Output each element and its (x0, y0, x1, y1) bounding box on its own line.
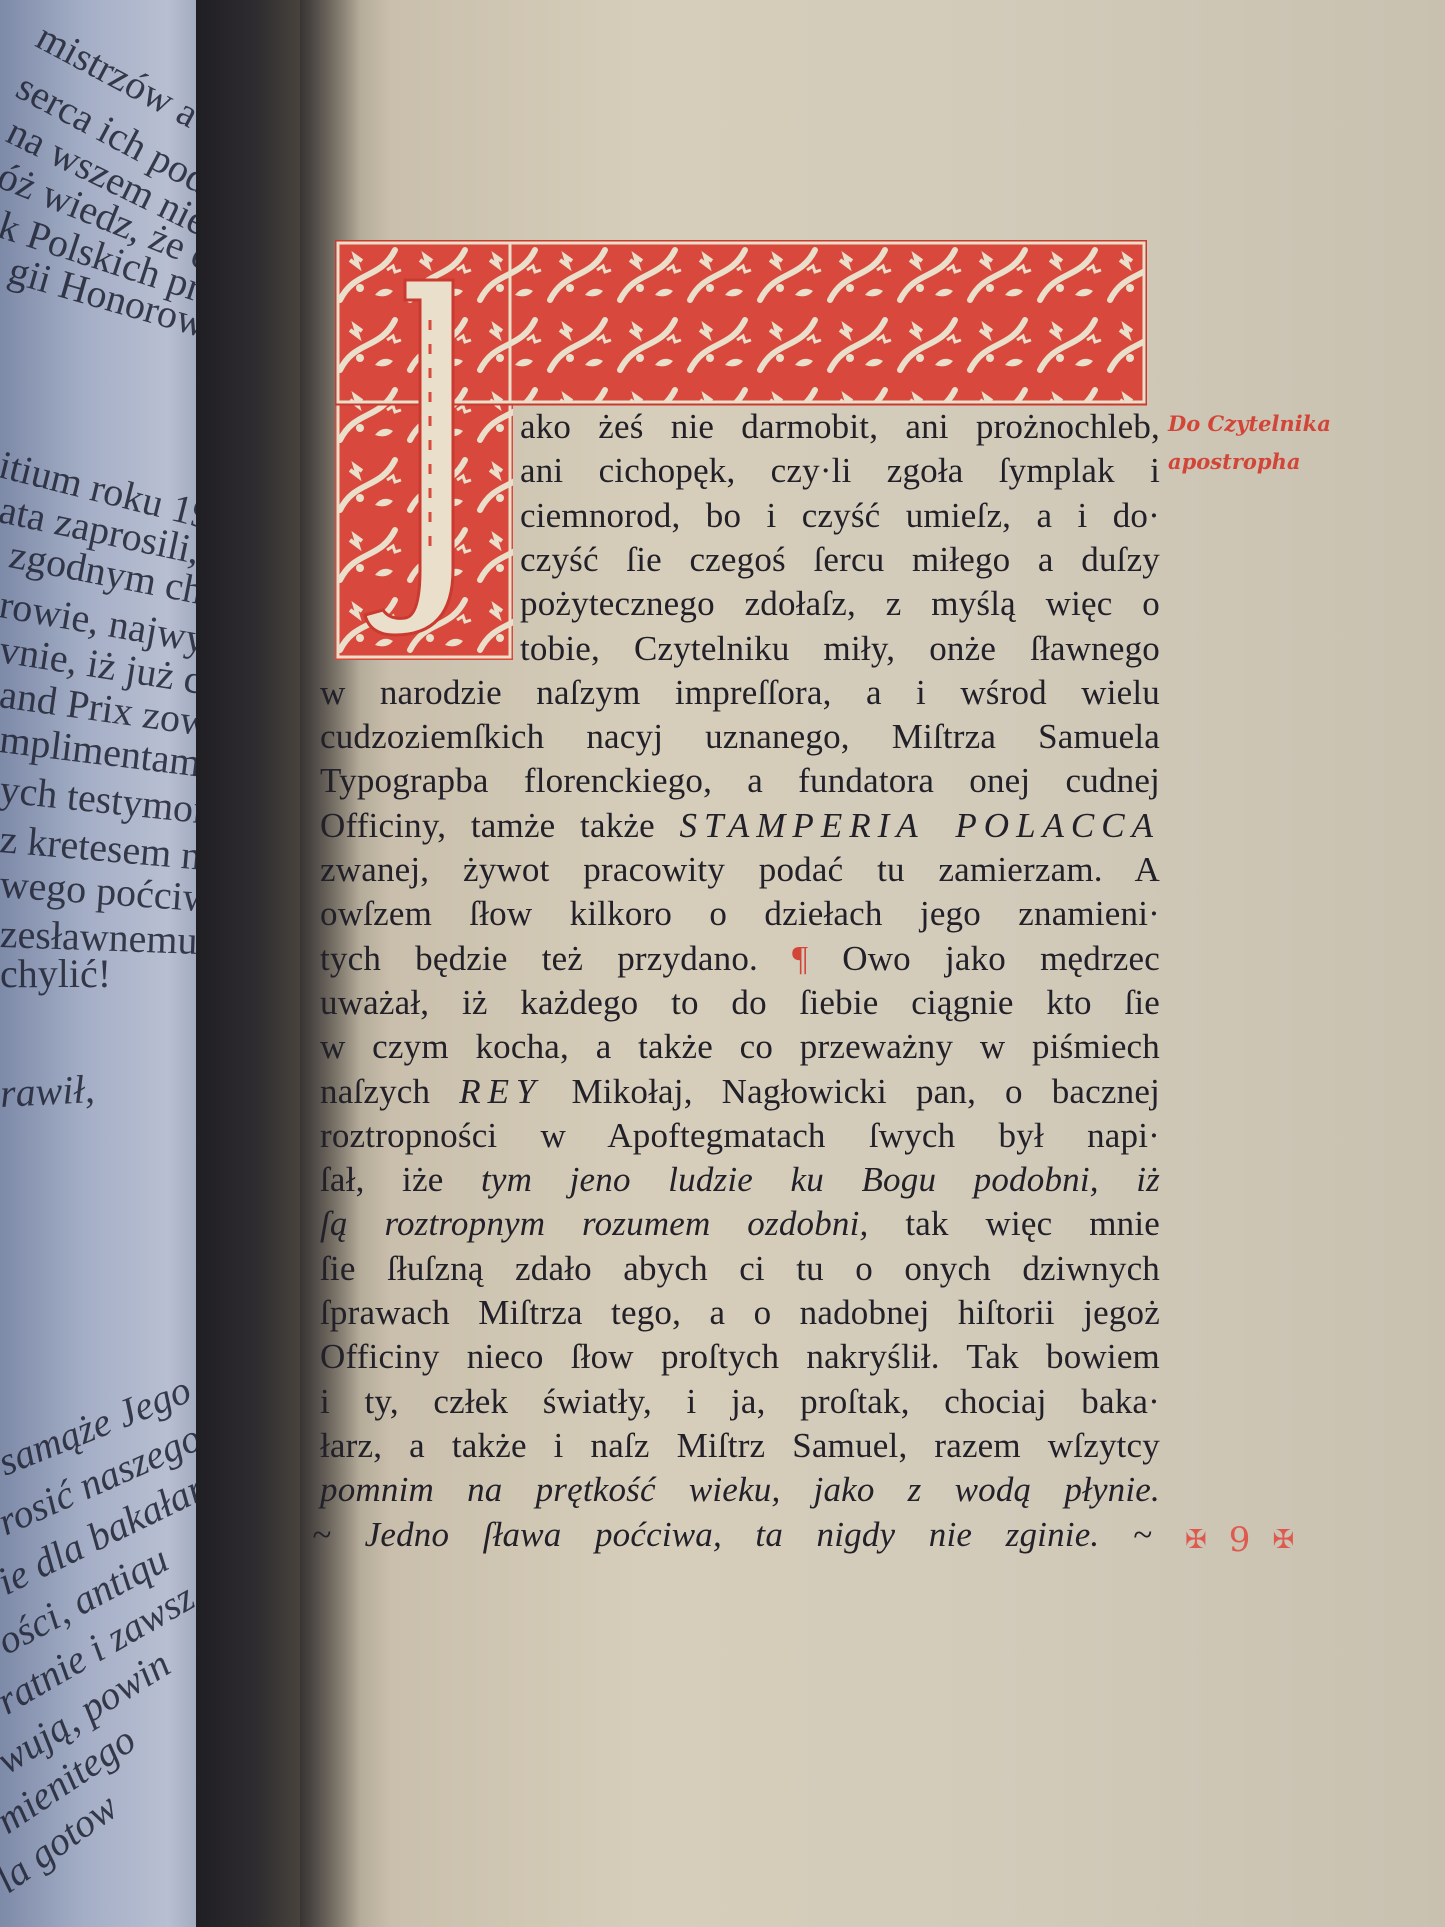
text-line: w czym kocha, a także co przeważny w piś… (320, 1025, 1160, 1069)
text-line: tych będzie też przydano. ¶ Owo jako męd… (320, 937, 1160, 981)
text-span: ako żeś nie darmobit, ani prożnochleb, (520, 407, 1160, 446)
text-span: pożytecznego zdołaſz, z myślą więc o (520, 584, 1160, 623)
text-line: cudzoziemſkich nacyj uznanego, Miſtrza S… (320, 715, 1160, 759)
text-line: tobie, Czytelniku miły, onże ſławnego (520, 627, 1160, 671)
text-span: łarz, a także i naſz Miſtrz Samuel, raze… (320, 1426, 1160, 1465)
text-line: zwanej, żywot pracowity podać tu zamierz… (320, 848, 1160, 892)
text-span: ciemnorod, bo i czyść umieſz, a i do· (520, 496, 1160, 535)
text-line: ciemnorod, bo i czyść umieſz, a i do· (520, 494, 1160, 538)
text-span: Officiny nieco ſłow proſtych nakryślił. … (320, 1337, 1160, 1376)
text-line: Typograpba florenckiego, a fundatora one… (320, 759, 1160, 803)
text-line: ~ Jedno ſława poćciwa, ta nigdy nie zgin… (312, 1513, 1152, 1557)
text-span: ſprawach Miſtrza tego, a o nadobnej hiſt… (320, 1293, 1160, 1332)
text-span: tych będzie też przydano. (320, 939, 792, 978)
margin-note-line-1: Do Czytelnika (1168, 405, 1331, 443)
margin-note-line-2: apostropha (1168, 443, 1331, 481)
text-span: Owo jako mędrzec (808, 939, 1160, 978)
text-line: łarz, a także i naſz Miſtrz Samuel, raze… (320, 1424, 1160, 1468)
text-line: pożytecznego zdołaſz, z myślą więc o (520, 582, 1160, 626)
margin-note: Do Czytelnika apostropha (1168, 405, 1331, 481)
text-span: Officiny, tamże także (320, 806, 680, 845)
text-span: cudzoziemſkich nacyj uznanego, Miſtrza S… (320, 717, 1160, 756)
left-page-line: rawił, (0, 1065, 96, 1117)
text-line: ſprawach Miſtrza tego, a o nadobnej hiſt… (320, 1291, 1160, 1335)
text-span: ſie ſłuſzną zdało abych ci tu o onych dz… (320, 1249, 1160, 1288)
text-span: Mikołaj, Nagłowicki pan, o bacznej (542, 1072, 1160, 1111)
text-line: uważał, iż każdego to do ſiebie ciągnie … (320, 981, 1160, 1025)
text-span: ani cichopęk, czy·li zgoła ſymplak i (520, 451, 1160, 490)
facing-left-page: mistrzów a amiserca ich podbna wszem nie… (0, 0, 210, 1927)
text-line: ſą roztropnym rozumem ozdobni, tak więc … (320, 1202, 1160, 1246)
text-line: ako żeś nie darmobit, ani prożnochleb, (520, 405, 1160, 449)
text-span: Typograpba florenckiego, a fundatora one… (320, 761, 1160, 800)
text-span: tym jeno ludzie ku Bogu podobni, iż (481, 1160, 1160, 1199)
text-span: czyść ſie czegoś ſercu miłego a duſzy (520, 540, 1160, 579)
text-line: w narodzie naſzym impreſſora, a i wśrod … (320, 671, 1160, 715)
page-number: 9 (1229, 1520, 1251, 1560)
text-span: ſał, iże (320, 1160, 481, 1199)
text-span: ~ Jedno ſława poćciwa, ta nigdy nie zgin… (312, 1515, 1152, 1554)
text-line: roztropności w Apoftegmatach ſwych był n… (320, 1114, 1160, 1158)
text-line: ſał, iże tym jeno ludzie ku Bogu podobni… (320, 1158, 1160, 1202)
text-line: naſzych REY Mikołaj, Nagłowicki pan, o b… (320, 1070, 1160, 1114)
text-span: i ty, człek światły, i ja, proſtak, choc… (320, 1382, 1160, 1421)
text-span: w czym kocha, a także co przeważny w piś… (320, 1027, 1160, 1066)
text-span: pomnim na prętkość wieku, jako z wodą pł… (320, 1470, 1160, 1509)
text-span: tak więc mnie (869, 1204, 1160, 1243)
text-span: owſzem ſłow kilkoro o dziełach jego znam… (320, 894, 1160, 933)
text-line: i ty, człek światły, i ja, proſtak, choc… (320, 1380, 1160, 1424)
cross-ornament-icon: ✠ (1272, 1525, 1294, 1555)
text-span: uważał, iż każdego to do ſiebie ciągnie … (320, 983, 1160, 1022)
text-span: roztropności w Apoftegmatach ſwych był n… (320, 1116, 1160, 1155)
cross-ornament-icon: ✠ (1185, 1525, 1207, 1555)
text-span: STAMPERIA POLACCA (680, 806, 1160, 845)
text-line: Officiny, tamże także STAMPERIA POLACCA (320, 804, 1160, 848)
text-span: naſzych (320, 1072, 459, 1111)
text-span: ſą roztropnym rozumem ozdobni, (320, 1204, 869, 1243)
text-span: zwanej, żywot pracowity podać tu zamierz… (320, 850, 1160, 889)
page-folio: ✠ 9 ✠ (1185, 1520, 1294, 1560)
text-line: pomnim na prętkość wieku, jako z wodą pł… (320, 1468, 1160, 1512)
text-span: tobie, Czytelniku miły, onże ſławnego (520, 629, 1160, 668)
left-page-line: chylić! (0, 950, 111, 997)
text-line: Officiny nieco ſłow proſtych nakryślił. … (320, 1335, 1160, 1379)
text-line: czyść ſie czegoś ſercu miłego a duſzy (520, 538, 1160, 582)
text-span: w narodzie naſzym impreſſora, a i wśrod … (320, 673, 1160, 712)
text-line: ani cichopęk, czy·li zgoła ſymplak i (520, 449, 1160, 493)
paragraph-mark-icon: ¶ (792, 939, 808, 978)
text-line: ſie ſłuſzną zdało abych ci tu o onych dz… (320, 1247, 1160, 1291)
text-line: owſzem ſłow kilkoro o dziełach jego znam… (320, 892, 1160, 936)
text-span: REY (459, 1072, 542, 1111)
